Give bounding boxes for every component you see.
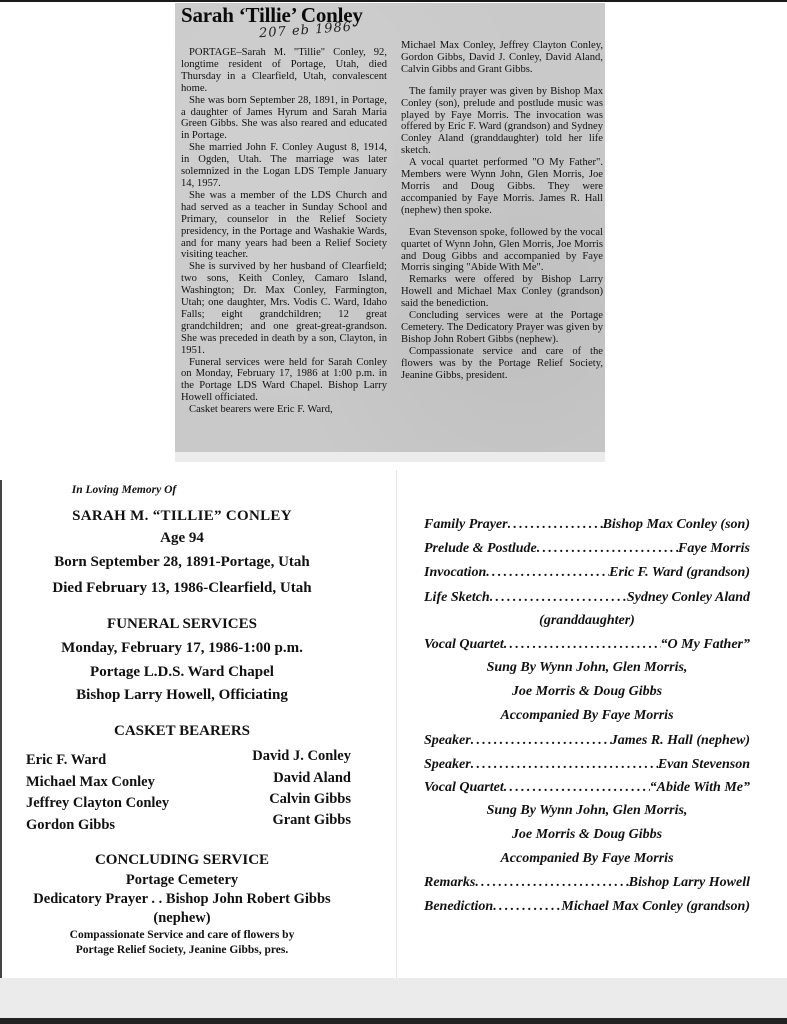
leader-dots	[471, 757, 658, 773]
casket-bearer: Eric F. Ward	[26, 752, 106, 769]
concluding-service-heading: CONCLUDING SERVICE	[0, 852, 370, 869]
casket-bearers-heading: CASKET BEARERS	[0, 723, 370, 740]
obit-paragraph: A vocal quartet performed "O My Father".…	[401, 157, 603, 217]
program-fold-line	[396, 470, 397, 978]
program-item-vocal-quartet-1: Vocal Quartet“O My Father”	[424, 637, 750, 653]
leader-dots	[537, 541, 678, 557]
obit-paragraph: Compassionate service and care of the fl…	[401, 346, 603, 382]
program-item-speaker-2: SpeakerEvan Stevenson	[424, 757, 750, 773]
leader-dots	[486, 565, 609, 581]
quartet-singers-line: Joe Morris & Doug Gibbs	[424, 684, 750, 700]
leader-dots	[493, 899, 561, 915]
obit-paragraph: Evan Stevenson spoke, followed by the vo…	[401, 227, 603, 275]
newspaper-clipping: Sarah ‘Tillie’ Conley 207 eb 1986 PORTAG…	[175, 3, 605, 456]
program-item-value: Evan Stevenson	[658, 757, 750, 773]
life-sketch-note: (granddaughter)	[424, 613, 750, 629]
program-item-value: Eric F. Ward (grandson)	[609, 565, 750, 581]
obit-paragraph: Michael Max Conley, Jeffrey Clayton Conl…	[401, 40, 603, 76]
program-item-label: Family Prayer	[424, 517, 508, 533]
program-item-prelude: Prelude & PostludeFaye Morris	[424, 541, 750, 557]
scan-top-edge	[0, 0, 787, 2]
casket-bearer: David J. Conley	[252, 748, 351, 765]
leader-dots	[508, 517, 603, 533]
quartet-accompanist: Accompanied By Faye Morris	[424, 851, 750, 867]
program-item-value: Faye Morris	[678, 541, 750, 557]
cemetery-location: Portage Cemetery	[0, 872, 370, 889]
scan-bottom-edge	[0, 1018, 787, 1024]
quartet-singers-line: Sung By Wynn John, Glen Morris,	[424, 660, 750, 676]
leader-dots	[471, 733, 611, 749]
dedicatory-prayer: Dedicatory Prayer . . Bishop John Robert…	[0, 891, 370, 908]
program-item-label: Invocation	[424, 565, 486, 581]
leader-dots	[504, 780, 650, 796]
funeral-services-heading: FUNERAL SERVICES	[0, 616, 370, 633]
program-item-value: Bishop Max Conley (son)	[603, 517, 750, 533]
program-item-speaker-1: SpeakerJames R. Hall (nephew)	[424, 733, 750, 749]
obit-paragraph: Concluding services were at the Portage …	[401, 310, 603, 346]
program-item-label: Benediction	[424, 899, 493, 915]
dedicatory-prayer-note: (nephew)	[0, 910, 370, 927]
casket-bearer: Michael Max Conley	[26, 774, 155, 791]
program-item-family-prayer: Family PrayerBishop Max Conley (son)	[424, 517, 750, 533]
quartet-accompanist: Accompanied By Faye Morris	[424, 708, 750, 724]
obit-paragraph: She was born September 28, 1891, in Port…	[181, 95, 387, 143]
program-item-value: James R. Hall (nephew)	[611, 733, 750, 749]
obit-paragraph: Casket bearers were Eric F. Ward,	[181, 404, 387, 416]
leader-dots	[490, 590, 627, 606]
program-item-label: Speaker	[424, 733, 471, 749]
obit-paragraph: Funeral services were held for Sarah Con…	[181, 357, 387, 405]
obit-paragraph: She is survived by her husband of Clearf…	[181, 261, 387, 356]
leader-dots	[504, 637, 661, 653]
program-item-benediction: BenedictionMichael Max Conley (grandson)	[424, 899, 750, 915]
program-item-remarks: RemarksBishop Larry Howell	[424, 875, 750, 891]
obit-paragraph: The family prayer was given by Bishop Ma…	[401, 86, 603, 157]
casket-bearer: Gordon Gibbs	[26, 817, 115, 834]
flowers-credit-line1: Compassionate Service and care of flower…	[0, 929, 370, 941]
program-item-label: Speaker	[424, 757, 471, 773]
casket-bearer: Jeffrey Clayton Conley	[26, 795, 169, 812]
service-officiating: Bishop Larry Howell, Officiating	[0, 687, 370, 704]
flowers-credit-line2: Portage Relief Society, Jeanine Gibbs, p…	[0, 944, 370, 956]
program-item-value: Michael Max Conley (grandson)	[561, 899, 750, 915]
program-item-life-sketch: Life SketchSydney Conley Aland	[424, 590, 750, 606]
casket-bearer: Grant Gibbs	[272, 812, 351, 829]
leader-dots	[475, 875, 628, 891]
death-info: Died February 13, 1986-Clearfield, Utah	[0, 580, 370, 597]
clipping-left-column: PORTAGE–Sarah M. "Tillie" Conley, 92, lo…	[181, 38, 387, 416]
obit-paragraph: She married John F. Conley August 8, 191…	[181, 142, 387, 190]
program-item-invocation: InvocationEric F. Ward (grandson)	[424, 565, 750, 581]
program-item-value: Bishop Larry Howell	[629, 875, 750, 891]
casket-bearer: Calvin Gibbs	[269, 791, 351, 808]
service-date-time: Monday, February 17, 1986-1:00 p.m.	[0, 640, 370, 657]
program-item-vocal-quartet-2: Vocal Quartet“Abide With Me”	[424, 780, 750, 796]
obit-paragraph: Remarks were offered by Bishop Larry How…	[401, 274, 603, 310]
quartet-singers-line: Joe Morris & Doug Gibbs	[424, 827, 750, 843]
deceased-age: Age 94	[0, 530, 370, 547]
obit-paragraph: She was a member of the LDS Church and h…	[181, 190, 387, 261]
program-item-label: Remarks	[424, 875, 475, 891]
in-loving-memory: In Loving Memory Of	[0, 484, 254, 496]
birth-info: Born September 28, 1891-Portage, Utah	[0, 554, 370, 571]
program-item-label: Life Sketch	[424, 590, 490, 606]
program-item-value: “O My Father”	[661, 637, 750, 653]
clipping-right-column: Michael Max Conley, Jeffrey Clayton Conl…	[401, 40, 603, 381]
program-item-label: Vocal Quartet	[424, 780, 504, 796]
program-item-value: Sydney Conley Aland	[627, 590, 750, 606]
casket-bearer: David Aland	[273, 770, 351, 787]
scan-bottom-strip	[0, 978, 787, 1018]
program-item-label: Vocal Quartet	[424, 637, 504, 653]
clipping-bottom-edge	[175, 452, 605, 462]
program-item-value: “Abide With Me”	[650, 780, 750, 796]
service-location: Portage L.D.S. Ward Chapel	[0, 664, 370, 681]
quartet-singers-line: Sung By Wynn John, Glen Morris,	[424, 803, 750, 819]
deceased-name: SARAH M. “TILLIE” CONLEY	[0, 508, 370, 525]
obit-paragraph: PORTAGE–Sarah M. "Tillie" Conley, 92, lo…	[181, 47, 387, 95]
program-item-label: Prelude & Postlude	[424, 541, 537, 557]
